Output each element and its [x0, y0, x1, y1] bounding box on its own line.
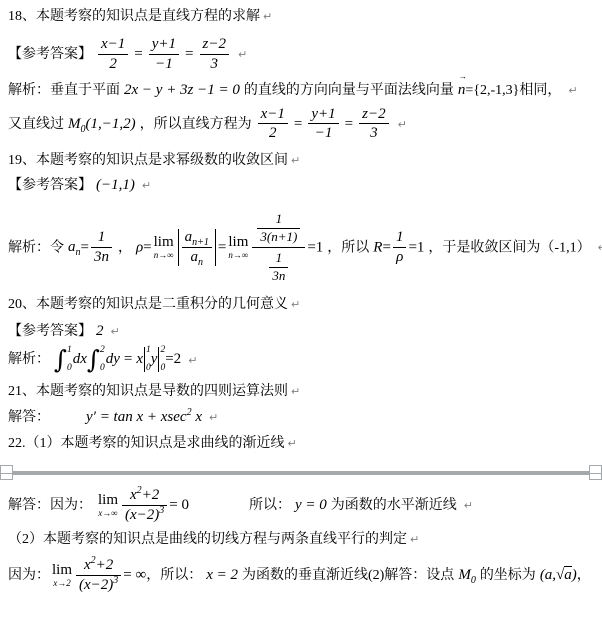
- paragraph-mark-icon: ↵: [291, 385, 300, 398]
- vector-n: →n: [458, 81, 466, 99]
- superscript: 3: [159, 505, 164, 516]
- paragraph-mark-icon: ↵: [398, 118, 407, 131]
- equals-zero: = 0: [169, 497, 189, 513]
- q20-title: 20、本题考察的知识点是二重积分的几何意义↵: [8, 296, 596, 314]
- analysis-text: 又直线过: [8, 117, 64, 132]
- equals-one: =1: [408, 239, 424, 255]
- q20-title-text: 20、本题考察的知识点是二重积分的几何意义: [8, 297, 288, 312]
- radicand: a: [564, 566, 572, 583]
- vertical-bar: [158, 347, 159, 372]
- paragraph-mark-icon: ↵: [464, 499, 473, 512]
- so-label: 所以：: [249, 498, 291, 513]
- lim-under: n→∞: [154, 251, 174, 260]
- equals-sign: =: [81, 239, 89, 255]
- body-text: 的坐标为: [480, 568, 536, 583]
- limit-operator: limx→2: [52, 563, 72, 588]
- paragraph-mark-icon: ↵: [209, 411, 218, 424]
- q21-solution-line: 解答： y′ = tan x + xsec2 x ↵: [8, 408, 596, 427]
- fraction-numerator: x2+2: [122, 487, 167, 506]
- lower-limit: 0: [67, 364, 72, 374]
- variable-x: x: [130, 487, 137, 503]
- formula-text: y′ = tan x + xsec: [86, 409, 187, 425]
- integral-1: ∫10: [54, 346, 72, 373]
- fraction-1-rho: 1ρ: [393, 229, 407, 266]
- vertical-bar: [144, 347, 145, 372]
- q22-title: 22.（1）本题考察的知识点是求曲线的渐近线↵: [8, 435, 596, 453]
- fraction-denominator: 2: [98, 55, 128, 73]
- equals-sign: =: [124, 352, 132, 368]
- body-text: 为函数的垂直渐近线(2)解答：设点: [242, 568, 454, 583]
- equals-two: =2: [165, 352, 181, 368]
- derivative-formula: y′ = tan x + xsec2 x: [86, 409, 202, 425]
- fraction-denominator: 3(n+1): [257, 229, 300, 245]
- fraction-x: x−12: [258, 106, 288, 143]
- fraction-numerator: z−2: [200, 36, 229, 55]
- page-break-left-bracket-icon: [0, 465, 13, 480]
- fraction-numerator: y+1: [149, 36, 179, 55]
- plane-equation: 2x − y + 3z −1 = 0: [124, 82, 240, 98]
- plus-two: +2: [142, 487, 160, 503]
- q19-analysis-line: 解析：令 an=13n ， ρ=limn→∞an+1an=limn→∞13(n+…: [8, 211, 596, 284]
- asymptote-equation: y = 0: [295, 497, 327, 513]
- integral-2: ∫20: [87, 346, 105, 373]
- fraction-an1-an: an+1an: [182, 229, 212, 266]
- fraction-denominator: 2: [258, 124, 288, 142]
- paragraph-mark-icon: ↵: [568, 84, 577, 97]
- subscript: n+1: [192, 237, 209, 248]
- variable-M: M: [68, 116, 81, 132]
- paragraph-mark-icon: ↵: [598, 241, 602, 254]
- fraction-y: y+1−1: [149, 36, 179, 73]
- equals-sign: =: [345, 116, 353, 132]
- fraction-numerator: x−1: [258, 106, 288, 125]
- analysis-text: ，所以直线方程为: [140, 117, 252, 132]
- answer-value: (−1,1): [96, 177, 135, 193]
- q19-title: 19、本题考察的知识点是求幂级数的收敛区间↵: [8, 152, 596, 170]
- answer-label: 【参考答案】: [8, 324, 92, 339]
- paragraph-mark-icon: ↵: [263, 10, 272, 23]
- integral-limits: 20: [100, 346, 105, 373]
- fraction-denominator: an: [182, 248, 212, 266]
- q18-title: 18、本题考察的知识点是直线方程的求解↵: [8, 8, 596, 26]
- coord-open: (a,: [540, 567, 556, 583]
- fraction-numerator: x2+2: [76, 557, 121, 576]
- fraction-numerator: 1: [257, 212, 300, 229]
- fraction-denominator: −1: [308, 124, 338, 142]
- superscript: 2: [187, 407, 192, 418]
- paragraph-mark-icon: ↵: [111, 325, 120, 338]
- subscript: n: [198, 257, 203, 268]
- integral-icon: ∫: [54, 347, 67, 372]
- vector-arrow-icon: →: [459, 73, 467, 81]
- paragraph-mark-icon: ↵: [291, 154, 300, 167]
- q22-part2-body-line: 因为：limx→2x2+2(x−2)3= ∞，所以： x = 2 为函数的垂直渐…: [8, 557, 596, 594]
- fraction-denominator: 3: [200, 55, 229, 73]
- variable-y: y: [151, 352, 158, 368]
- plus-two: +2: [96, 557, 114, 573]
- fraction-numerator: z−2: [359, 106, 388, 125]
- lim-word: lim: [98, 493, 118, 508]
- fraction-1-3n1: 13(n+1): [257, 212, 300, 244]
- fraction-y: y+1−1: [308, 106, 338, 143]
- nested-fraction: 13(n+1)13n: [252, 211, 305, 284]
- paragraph-mark-icon: ↵: [238, 48, 247, 61]
- fraction-1-3n: 13n: [91, 229, 112, 266]
- q18-analysis-line-2: 又直线过 M0(1,−1,2) ，所以直线方程为 x−12 = y+1−1 = …: [8, 106, 596, 143]
- term-an: an: [68, 239, 81, 255]
- q22-part1-solution-line: 解答：因为： limx→∞x2+2(x−2)3= 0 所以： y = 0 为函数…: [8, 487, 596, 524]
- equals-sign: =: [294, 116, 302, 132]
- point-M0: M0(1,−1,2): [68, 116, 136, 132]
- q18-analysis-line-1: 解析：垂直于平面 2x − y + 3z −1 = 0 的直线的方向向量与平面法…: [8, 81, 596, 100]
- equals-sign: =: [382, 239, 390, 255]
- fraction-numerator: y+1: [308, 106, 338, 125]
- variable-a: a: [191, 249, 199, 265]
- q21-title: 21、本题考察的知识点是导数的四则运算法则↵: [8, 383, 596, 401]
- fraction-denominator: 3: [359, 124, 388, 142]
- square-root: √a: [556, 566, 572, 583]
- subscript: 0: [471, 575, 476, 586]
- q22-part2-title-text: （2）本题考察的知识点是曲线的切线方程与两条直线平行的判定: [8, 532, 407, 547]
- variable-a: a: [68, 239, 76, 255]
- binomial: (x−2): [125, 507, 159, 523]
- analysis-text: 的直线的方向向量与平面法线向量: [244, 83, 454, 98]
- q18-title-text: 18、本题考察的知识点是直线方程的求解: [8, 9, 260, 24]
- variable-x: x: [136, 352, 143, 368]
- variable-x: x: [84, 557, 91, 573]
- lim-word: lim: [52, 563, 72, 578]
- vector-value: ={2,-1,3}相同，: [465, 83, 561, 98]
- paragraph-mark-icon: ↵: [288, 437, 297, 450]
- lim-word: lim: [154, 235, 174, 250]
- fraction-numerator: an+1: [182, 229, 212, 248]
- so-text: ，所以：: [146, 568, 202, 583]
- upper-limit: 2: [100, 346, 105, 356]
- superscript: 3: [113, 575, 118, 586]
- point-M0: M0: [458, 567, 476, 583]
- analysis-text: 解析：令: [8, 240, 64, 255]
- q20-answer-line: 【参考答案】 2 ↵: [8, 322, 596, 341]
- fraction-x: x−12: [98, 36, 128, 73]
- vector-symbol: n: [458, 82, 466, 98]
- binomial: (x−2): [79, 577, 113, 593]
- limit-operator: limn→∞: [228, 235, 248, 260]
- fraction-numerator: 1: [393, 229, 407, 248]
- fraction-denominator: (x−2)3: [76, 576, 121, 594]
- fraction-denominator: 3n: [91, 248, 112, 266]
- fraction-denominator: (x−2)3: [122, 506, 167, 524]
- lim-under: n→∞: [228, 251, 248, 260]
- q22-part2-title: （2）本题考察的知识点是曲线的切线方程与两条直线平行的判定↵: [8, 531, 596, 549]
- q19-title-text: 19、本题考察的知识点是求幂级数的收敛区间: [8, 153, 288, 168]
- answer-label: 【参考答案】: [8, 178, 92, 193]
- lim-under: x→∞: [98, 509, 118, 518]
- absolute-value: an+1an: [178, 229, 216, 266]
- paragraph-mark-icon: ↵: [142, 179, 151, 192]
- fraction-denominator: 3n: [269, 268, 288, 284]
- analysis-text: 解析：: [8, 353, 50, 368]
- dx: dx: [73, 352, 87, 368]
- page-break-divider: [0, 463, 602, 483]
- dy: dy: [106, 352, 120, 368]
- formula-text: x: [195, 409, 202, 425]
- equals-sign: =: [218, 239, 226, 255]
- answer-value: 2: [96, 323, 104, 339]
- fraction-z: z−23: [359, 106, 388, 143]
- fraction-denominator: ρ: [393, 248, 407, 266]
- analysis-text: ，于是收敛区间为（-1,1）: [428, 240, 590, 255]
- fraction-numerator: 1: [269, 251, 288, 268]
- upper-limit: 1: [67, 346, 72, 356]
- comma: ，: [118, 240, 132, 255]
- variable-M: M: [458, 567, 471, 583]
- q18-answer-line: 【参考答案】 x−12 = y+1−1 = z−23 ↵: [8, 36, 596, 73]
- solution-label: 解答：因为：: [8, 498, 92, 513]
- coordinate-pair: (a,√a): [540, 566, 577, 583]
- trailing-comma: ，: [577, 568, 591, 583]
- equals-sign: =: [185, 46, 193, 62]
- analysis-text: 解析：垂直于平面: [8, 83, 120, 98]
- lower-limit: 0: [100, 364, 105, 374]
- q21-title-text: 21、本题考察的知识点是导数的四则运算法则: [8, 384, 288, 399]
- asymptote-equation: x = 2: [206, 567, 238, 583]
- fraction-z: z−23: [200, 36, 229, 73]
- answer-label: 【参考答案】: [8, 47, 92, 62]
- evaluation-bar-x: 10: [143, 346, 151, 373]
- paragraph-mark-icon: ↵: [291, 298, 300, 311]
- integral-limits: 10: [67, 346, 72, 373]
- solution-label: 解答：: [8, 410, 50, 425]
- page-break-line: [0, 471, 602, 475]
- rational-fraction: x2+2(x−2)3: [122, 487, 167, 524]
- fraction-1-3n: 13n: [269, 251, 288, 283]
- analysis-text: ，所以: [327, 240, 369, 255]
- fraction-numerator: x−1: [98, 36, 128, 55]
- big-numerator: 13(n+1): [252, 211, 305, 248]
- conclusion-text: 为函数的水平渐近线: [331, 498, 457, 513]
- lim-word: lim: [228, 235, 248, 250]
- equals-one: =1: [307, 239, 323, 255]
- equals-infinity: = ∞: [123, 567, 146, 583]
- equals-sign: =: [134, 46, 142, 62]
- fraction-denominator: −1: [149, 55, 179, 73]
- document-page: 18、本题考察的知识点是直线方程的求解↵ 【参考答案】 x−12 = y+1−1…: [0, 0, 602, 594]
- integral-icon: ∫: [87, 347, 100, 372]
- point-coords: (1,−1,2): [86, 116, 136, 132]
- paragraph-mark-icon: ↵: [410, 533, 419, 546]
- page-break-right-bracket-icon: [589, 465, 602, 480]
- q20-analysis-line: 解析： ∫10dx∫20dy = x10y20=2 ↵: [8, 346, 596, 373]
- rational-fraction: x2+2(x−2)3: [76, 557, 121, 594]
- limit-operator: limn→∞: [154, 235, 174, 260]
- q19-answer-line: 【参考答案】 (−1,1) ↵: [8, 176, 596, 195]
- fraction-numerator: 1: [91, 229, 112, 248]
- q22-title-text: 22.（1）本题考察的知识点是求曲线的渐近线: [8, 436, 285, 451]
- limit-operator: limx→∞: [98, 493, 118, 518]
- lim-under: x→2: [52, 579, 72, 588]
- paragraph-mark-icon: ↵: [188, 354, 197, 367]
- big-denominator: 13n: [252, 248, 305, 284]
- equals-sign: =: [143, 239, 151, 255]
- because-label: 因为：: [8, 568, 50, 583]
